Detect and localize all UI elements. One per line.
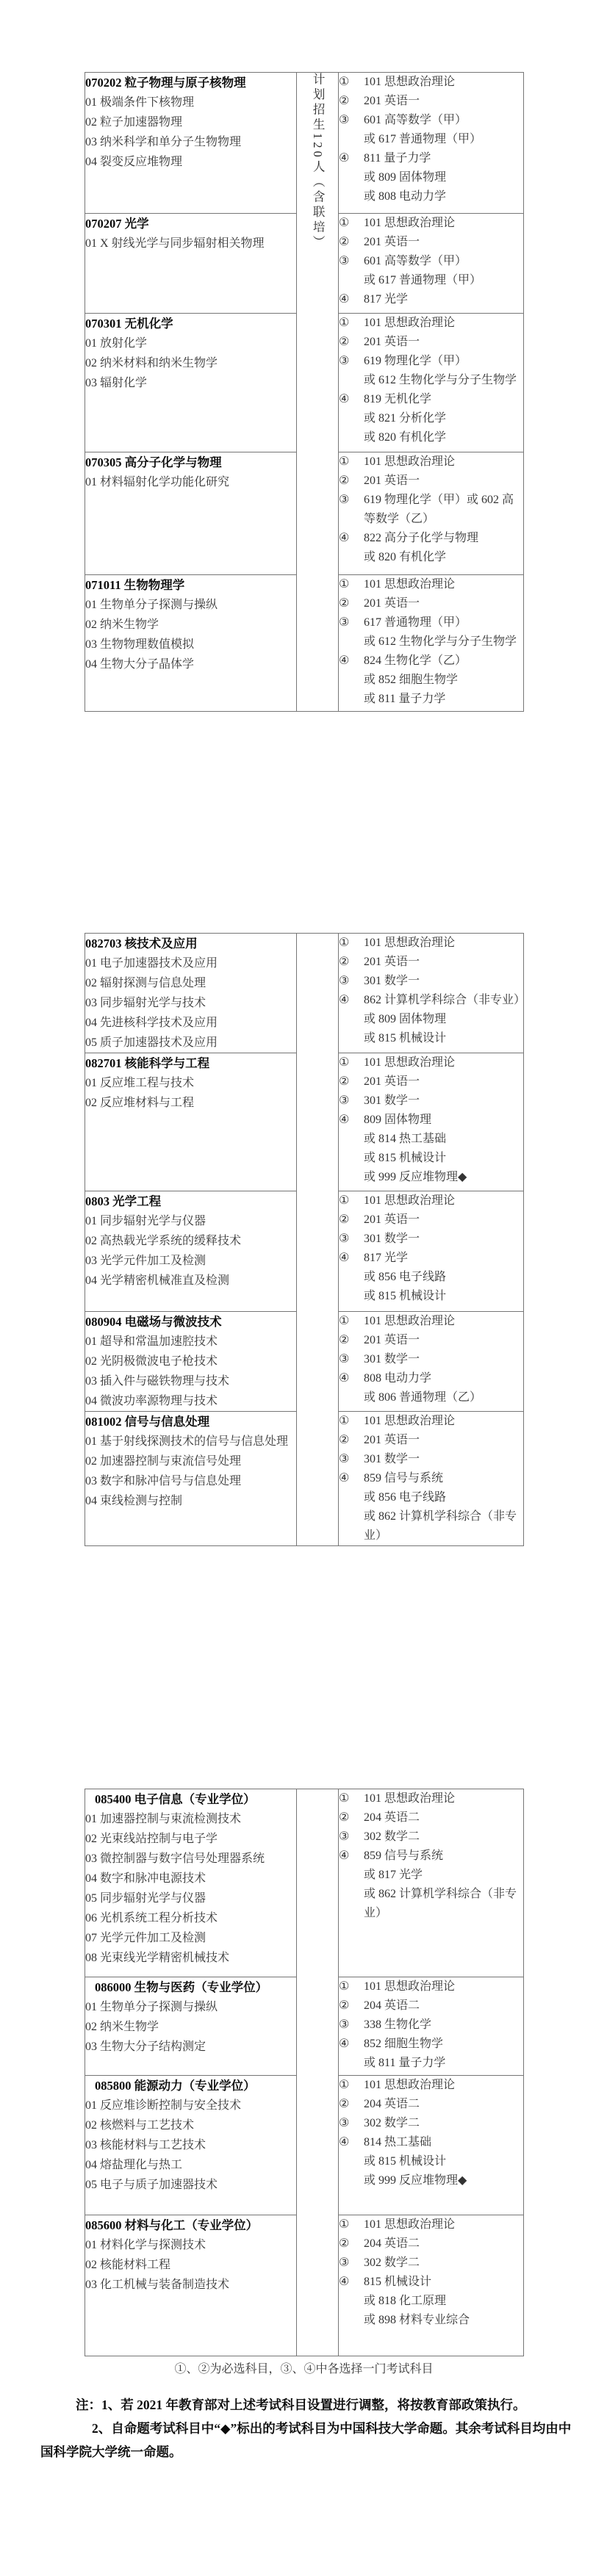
- subjects-cell: ①101 思想政治理论②201 英语一③301 数学一④859 信号与系统或 8…: [339, 1412, 524, 1546]
- subject-marker: ③: [339, 613, 364, 632]
- subject-text: 或 617 普通物理（甲）: [364, 130, 523, 149]
- subject-line: 或 862 计算机学科综合（非专业）: [339, 1507, 523, 1545]
- direction-item: 02 纳米材料和纳米生物学: [85, 353, 296, 373]
- subject-text: 101 思想政治理论: [364, 575, 523, 594]
- plan-cell: [297, 934, 339, 1546]
- subject-line: ①101 思想政治理论: [339, 2215, 523, 2234]
- subject-text: 201 英语一: [364, 333, 523, 352]
- subject-marker: ①: [339, 1191, 364, 1211]
- subject-text: 601 高等数学（甲）: [364, 252, 523, 271]
- program-cell: 086000 生物与医药（专业学位）01 生物单分子探测与操纵02 纳米生物学0…: [85, 1977, 297, 2076]
- subject-text: 819 无机化学: [364, 390, 523, 409]
- subject-marker: ②: [339, 1331, 364, 1350]
- plan-vertical-text: 计划招生120人（含联培）: [311, 73, 324, 250]
- subject-marker: ②: [339, 1211, 364, 1230]
- subject-line: 或 999 反应堆物理◆: [339, 2171, 523, 2190]
- subject-marker: ①: [339, 1789, 364, 1808]
- subject-text: 或 821 分析化学: [364, 409, 523, 428]
- subject-line: 或 817 光学: [339, 1866, 523, 1885]
- subject-line: 或 814 热工基础: [339, 1130, 523, 1149]
- subject-text: 或 617 普通物理（甲）: [364, 271, 523, 290]
- subject-line: ③301 数学一: [339, 1230, 523, 1249]
- subject-text: 或 818 化工原理: [364, 2292, 523, 2311]
- subject-marker: ②: [339, 2095, 364, 2114]
- direction-item: 03 插入件与磁铁物理与技术: [85, 1371, 296, 1391]
- table-block-academic-2: 082703 核技术及应用01 电子加速器技术及应用02 辐射探测与信息处理03…: [85, 933, 523, 1546]
- program-cell: 081002 信号与信息处理01 基于射线探测技术的信号与信息处理02 加速器控…: [85, 1412, 297, 1546]
- subject-line: ④814 热工基础: [339, 2133, 523, 2152]
- subject-text: 338 生物化学: [364, 2016, 523, 2035]
- subject-text: 852 细胞生物学: [364, 2035, 523, 2054]
- subject-text: 101 思想政治理论: [364, 1053, 523, 1072]
- subject-marker: ④: [339, 652, 364, 671]
- program-cell: 0803 光学工程01 同步辐射光学与仪器02 高热载光学系统的缓释技术03 光…: [85, 1191, 297, 1312]
- subject-text: 101 思想政治理论: [364, 214, 523, 233]
- subject-line: ①101 思想政治理论: [339, 1789, 523, 1808]
- subject-line: ②201 英语一: [339, 333, 523, 352]
- subject-line: 或 809 固体物理: [339, 1010, 523, 1029]
- subject-text: 或 999 反应堆物理◆: [364, 1168, 523, 1187]
- direction-item: 01 电子加速器技术及应用: [85, 953, 296, 973]
- subjects-cell: ①101 思想政治理论②201 英语一③301 数学一④862 计算机学科综合（…: [339, 934, 524, 1053]
- subject-line: 或 856 电子线路: [339, 1488, 523, 1507]
- program-header: 085600 材料与化工（专业学位）: [85, 2215, 296, 2235]
- direction-item: 01 极端条件下核物理: [85, 93, 296, 112]
- subject-marker: ④: [339, 149, 364, 168]
- subject-text: 302 数学二: [364, 1828, 523, 1847]
- subjects-cell: ①101 思想政治理论②201 英语一③617 普通物理（甲）或 612 生物化…: [339, 575, 524, 712]
- subject-line: ③338 生物化学: [339, 2016, 523, 2035]
- subject-text: 809 固体物理: [364, 1111, 523, 1130]
- subject-line: ①101 思想政治理论: [339, 1977, 523, 1996]
- subjects-cell: ①101 思想政治理论②201 英语一③601 高等数学（甲）或 617 普通物…: [339, 73, 524, 214]
- subject-line: ①101 思想政治理论: [339, 452, 523, 472]
- subject-line: ③301 数学一: [339, 1450, 523, 1469]
- subject-text: 或 809 固体物理: [364, 168, 523, 187]
- subject-text: 201 英语一: [364, 1331, 523, 1350]
- subject-marker: ②: [339, 1808, 364, 1828]
- subject-marker: ②: [339, 92, 364, 111]
- subject-text: 101 思想政治理论: [364, 2215, 523, 2234]
- subject-marker: ②: [339, 1072, 364, 1092]
- subject-line: ④859 信号与系统: [339, 1469, 523, 1488]
- subjects-cell: ①101 思想政治理论②204 英语二③302 数学二④814 热工基础或 81…: [339, 2076, 524, 2215]
- program-header: 070301 无机化学: [85, 314, 296, 333]
- direction-item: 03 微控制器与数字信号处理器系统: [85, 1849, 296, 1869]
- subject-marker: ④: [339, 2035, 364, 2054]
- subject-line: ③619 物理化学（甲）或 602 高等数学（乙）: [339, 491, 523, 529]
- subject-marker: ③: [339, 1092, 364, 1111]
- direction-item: 02 辐射探测与信息处理: [85, 973, 296, 993]
- subject-line: ②204 英语二: [339, 1808, 523, 1828]
- subject-text: 或 856 电子线路: [364, 1268, 523, 1287]
- direction-item: 07 光学元件加工及检测: [85, 1928, 296, 1948]
- subject-marker: ③: [339, 491, 364, 529]
- direction-item: 01 X 射线光学与同步辐射相关物理: [85, 234, 296, 253]
- subject-marker: ④: [339, 2273, 364, 2292]
- subject-line: 或 821 分析化学: [339, 409, 523, 428]
- subject-marker: ②: [339, 953, 364, 972]
- subject-line: ③601 高等数学（甲）: [339, 111, 523, 130]
- subject-line: 或 809 固体物理: [339, 168, 523, 187]
- program-cell: 070202 粒子物理与原子核物理01 极端条件下核物理02 粒子加速器物理03…: [85, 73, 297, 214]
- direction-item: 05 电子与质子加速器技术: [85, 2175, 296, 2195]
- program-cell: 085800 能源动力（专业学位）01 反应堆诊断控制与安全技术02 核燃料与工…: [85, 2076, 297, 2215]
- subject-marker: ④: [339, 290, 364, 309]
- notes-block: 注：1、若 2021 年教育部对上述考试科目设置进行调整，将按教育部政策执行。 …: [40, 2393, 577, 2464]
- subject-line: ②201 英语一: [339, 1211, 523, 1230]
- subject-text: 或 856 电子线路: [364, 1488, 523, 1507]
- subject-marker: ①: [339, 575, 364, 594]
- direction-item: 02 光阴极微波电子枪技术: [85, 1352, 296, 1371]
- direction-item: 03 生物大分子结构测定: [85, 2037, 296, 2057]
- subject-line: 或 898 材料专业综合: [339, 2311, 523, 2330]
- subject-line: 或 820 有机化学: [339, 548, 523, 567]
- direction-item: 01 超导和常温加速腔技术: [85, 1332, 296, 1352]
- subject-text: 822 高分子化学与物理: [364, 529, 523, 548]
- subjects-cell: ①101 思想政治理论②201 英语一③619 物理化学（甲）或 612 生物化…: [339, 314, 524, 452]
- subject-text: 或 820 有机化学: [364, 428, 523, 447]
- subject-text: 或 817 光学: [364, 1866, 523, 1885]
- direction-item: 02 高热载光学系统的缓释技术: [85, 1231, 296, 1251]
- program-header: 0803 光学工程: [85, 1191, 296, 1211]
- subject-marker: ③: [339, 2254, 364, 2273]
- subject-text: 859 信号与系统: [364, 1469, 523, 1488]
- subject-line: 或 852 细胞生物学: [339, 671, 523, 690]
- subject-marker: ④: [339, 2133, 364, 2152]
- note-line-2: 2、自命题考试科目中“◆”标出的考试科目为中国科技大学命题。其余考试科目均由中国…: [40, 2417, 577, 2464]
- note-line-1: 注：1、若 2021 年教育部对上述考试科目设置进行调整，将按教育部政策执行。: [40, 2393, 577, 2417]
- program-cell: 070207 光学01 X 射线光学与同步辐射相关物理: [85, 214, 297, 314]
- subject-line: ④817 光学: [339, 1249, 523, 1268]
- subject-marker: ③: [339, 111, 364, 130]
- subject-text: 201 英语一: [364, 1431, 523, 1450]
- subject-line: 或 818 化工原理: [339, 2292, 523, 2311]
- subject-line: ②201 英语一: [339, 92, 523, 111]
- direction-item: 01 反应堆诊断控制与安全技术: [85, 2096, 296, 2115]
- subject-text: 或 806 普通物理（乙）: [364, 1388, 523, 1407]
- subject-text: 或 814 热工基础: [364, 1130, 523, 1149]
- table-block-academic-1: 070202 粒子物理与原子核物理01 极端条件下核物理02 粒子加速器物理03…: [85, 72, 523, 712]
- subject-line: ④808 电动力学: [339, 1369, 523, 1388]
- subjects-cell: ①101 思想政治理论②204 英语二③302 数学二④859 信号与系统或 8…: [339, 1789, 524, 1977]
- subject-line: ②204 英语二: [339, 2095, 523, 2114]
- subject-text: 201 英语一: [364, 594, 523, 613]
- subject-text: 或 808 电动力学: [364, 187, 523, 206]
- direction-item: 02 纳米生物学: [85, 2017, 296, 2037]
- direction-item: 01 反应堆工程与技术: [85, 1073, 296, 1093]
- direction-item: 02 粒子加速器物理: [85, 112, 296, 132]
- subject-text: 或 809 固体物理: [364, 1010, 523, 1029]
- subject-marker: ④: [339, 1369, 364, 1388]
- table-block-professional: 085400 电子信息（专业学位）01 加速器控制与束流检测技术02 光束线站控…: [85, 1789, 523, 2356]
- subject-text: 101 思想政治理论: [364, 73, 523, 92]
- subject-line: 或 806 普通物理（乙）: [339, 1388, 523, 1407]
- subjects-cell: ①101 思想政治理论②201 英语一③301 数学一④808 电动力学或 80…: [339, 1312, 524, 1412]
- subject-text: 815 机械设计: [364, 2273, 523, 2292]
- subject-text: 或 999 反应堆物理◆: [364, 2171, 523, 2190]
- subject-text: 301 数学一: [364, 972, 523, 991]
- subject-line: ②201 英语一: [339, 1331, 523, 1350]
- direction-item: 01 材料辐射化学功能化研究: [85, 472, 296, 492]
- subject-line: ④817 光学: [339, 290, 523, 309]
- direction-item: 04 数字和脉冲电源技术: [85, 1869, 296, 1888]
- program-cell: 080904 电磁场与微波技术01 超导和常温加速腔技术02 光阴极微波电子枪技…: [85, 1312, 297, 1412]
- subject-text: 201 英语一: [364, 92, 523, 111]
- subject-line: ①101 思想政治理论: [339, 214, 523, 233]
- subject-text: 或 862 计算机学科综合（非专业）: [364, 1885, 523, 1923]
- subject-line: ②201 英语一: [339, 1072, 523, 1092]
- subject-text: 201 英语一: [364, 1072, 523, 1092]
- subject-text: 或 612 生物化学与分子生物学: [364, 632, 523, 652]
- subject-text: 824 生物化学（乙）: [364, 652, 523, 671]
- direction-item: 04 生物大分子晶体学: [85, 654, 296, 674]
- subject-text: 204 英语二: [364, 1996, 523, 2016]
- subject-text: 601 高等数学（甲）: [364, 111, 523, 130]
- program-header: 081002 信号与信息处理: [85, 1412, 296, 1432]
- direction-item: 03 核能材料与工艺技术: [85, 2135, 296, 2155]
- subject-text: 或 820 有机化学: [364, 548, 523, 567]
- subject-line: ②201 英语一: [339, 1431, 523, 1450]
- subject-line: ④809 固体物理: [339, 1111, 523, 1130]
- program-cell: 070301 无机化学01 放射化学02 纳米材料和纳米生物学03 辐射化学: [85, 314, 297, 452]
- direction-item: 02 反应堆材料与工程: [85, 1093, 296, 1113]
- subjects-cell: ①101 思想政治理论②204 英语二③302 数学二④815 机械设计或 81…: [339, 2215, 524, 2356]
- plan-cell: 计划招生120人（含联培）: [297, 73, 339, 712]
- subject-text: 862 计算机学科综合（非专业）: [364, 991, 523, 1010]
- program-cell: 070305 高分子化学与物理01 材料辐射化学功能化研究: [85, 452, 297, 575]
- subject-text: 808 电动力学: [364, 1369, 523, 1388]
- subject-line: ①101 思想政治理论: [339, 575, 523, 594]
- subject-text: 617 普通物理（甲）: [364, 613, 523, 632]
- direction-item: 02 核燃料与工艺技术: [85, 2115, 296, 2135]
- subject-line: 或 617 普通物理（甲）: [339, 271, 523, 290]
- subject-marker: ①: [339, 1977, 364, 1996]
- subject-text: 或 862 计算机学科综合（非专业）: [364, 1507, 523, 1545]
- direction-item: 06 光机系统工程分析技术: [85, 1908, 296, 1928]
- program-cell: 071011 生物物理学01 生物单分子探测与操纵02 纳米生物学03 生物物理…: [85, 575, 297, 712]
- subject-text: 301 数学一: [364, 1092, 523, 1111]
- program-cell: 082701 核能科学与工程01 反应堆工程与技术02 反应堆材料与工程: [85, 1053, 297, 1191]
- subject-line: ③301 数学一: [339, 972, 523, 991]
- subject-line: ③302 数学二: [339, 2254, 523, 2273]
- subject-text: 或 811 量子力学: [364, 2054, 523, 2073]
- direction-item: 04 光学精密机械准直及检测: [85, 1271, 296, 1291]
- direction-item: 03 同步辐射光学与技术: [85, 993, 296, 1013]
- subject-marker: ①: [339, 73, 364, 92]
- subject-text: 101 思想政治理论: [364, 1312, 523, 1331]
- subject-line: ①101 思想政治理论: [339, 1312, 523, 1331]
- subject-marker: ②: [339, 594, 364, 613]
- subject-line: 或 612 生物化学与分子生物学: [339, 371, 523, 390]
- subject-marker: ②: [339, 1431, 364, 1450]
- subject-line: 或 612 生物化学与分子生物学: [339, 632, 523, 652]
- plan-cell: [297, 1789, 339, 2356]
- direction-item: 05 同步辐射光学与仪器: [85, 1888, 296, 1908]
- direction-item: 01 基于射线探测技术的信号与信息处理: [85, 1432, 296, 1451]
- direction-item: 03 化工机械与装备制造技术: [85, 2275, 296, 2295]
- subject-line: ②201 英语一: [339, 233, 523, 252]
- document-page: { "colors": { "border": "#767676", "body…: [0, 0, 607, 2576]
- subject-marker: ③: [339, 2114, 364, 2133]
- subject-text: 201 英语一: [364, 1211, 523, 1230]
- subject-marker: ④: [339, 1469, 364, 1488]
- subject-marker: ④: [339, 529, 364, 548]
- subjects-cell: ①101 思想政治理论②201 英语一③601 高等数学（甲）或 617 普通物…: [339, 214, 524, 314]
- direction-item: 04 熔盐理化与热工: [85, 2155, 296, 2175]
- program-header: 085400 电子信息（专业学位）: [85, 1789, 296, 1809]
- subject-marker: ②: [339, 233, 364, 252]
- subject-marker: ③: [339, 252, 364, 271]
- subject-marker: ②: [339, 472, 364, 491]
- subject-marker: ②: [339, 1996, 364, 2016]
- program-row: 082703 核技术及应用01 电子加速器技术及应用02 辐射探测与信息处理03…: [85, 934, 524, 1053]
- subjects-cell: ①101 思想政治理论②201 英语一③301 数学一④809 固体物理或 81…: [339, 1053, 524, 1191]
- subject-line: ④811 量子力学: [339, 149, 523, 168]
- subject-text: 101 思想政治理论: [364, 1789, 523, 1808]
- subject-text: 101 思想政治理论: [364, 452, 523, 472]
- subject-marker: ③: [339, 352, 364, 371]
- subject-line: ③301 数学一: [339, 1092, 523, 1111]
- subject-text: 817 光学: [364, 1249, 523, 1268]
- program-header: 086000 生物与医药（专业学位）: [85, 1977, 296, 1997]
- program-row: 085400 电子信息（专业学位）01 加速器控制与束流检测技术02 光束线站控…: [85, 1789, 524, 1977]
- subject-text: 201 英语一: [364, 233, 523, 252]
- subject-text: 302 数学二: [364, 2114, 523, 2133]
- direction-item: 03 生物物理数值模拟: [85, 635, 296, 654]
- subject-text: 101 思想政治理论: [364, 1191, 523, 1211]
- subject-line: ④819 无机化学: [339, 390, 523, 409]
- subject-marker: ①: [339, 452, 364, 472]
- direction-item: 01 加速器控制与束流检测技术: [85, 1809, 296, 1829]
- direction-item: 02 加速器控制与束流信号处理: [85, 1451, 296, 1471]
- subject-line: 或 617 普通物理（甲）: [339, 130, 523, 149]
- subject-line: ④862 计算机学科综合（非专业）: [339, 991, 523, 1010]
- subject-line: 或 815 机械设计: [339, 1149, 523, 1168]
- subject-line: ④815 机械设计: [339, 2273, 523, 2292]
- subject-line: ①101 思想政治理论: [339, 1412, 523, 1431]
- program-header: 082701 核能科学与工程: [85, 1053, 296, 1073]
- subject-line: 或 815 机械设计: [339, 1287, 523, 1306]
- subject-line: ④859 信号与系统: [339, 1847, 523, 1866]
- direction-item: 03 纳米科学和单分子生物物理: [85, 132, 296, 152]
- program-header: 071011 生物物理学: [85, 575, 296, 595]
- subject-text: 201 英语一: [364, 472, 523, 491]
- subject-line: 或 815 机械设计: [339, 1029, 523, 1048]
- subject-marker: ①: [339, 1053, 364, 1072]
- subject-text: 101 思想政治理论: [364, 1412, 523, 1431]
- direction-item: 01 生物单分子探测与操纵: [85, 1997, 296, 2017]
- subject-line: ④822 高分子化学与物理: [339, 529, 523, 548]
- subject-line: 或 811 量子力学: [339, 690, 523, 709]
- direction-item: 01 放射化学: [85, 333, 296, 353]
- subject-line: 或 862 计算机学科综合（非专业）: [339, 1885, 523, 1923]
- direction-item: 04 束线检测与控制: [85, 1491, 296, 1511]
- exam-subjects-table-2: 082703 核技术及应用01 电子加速器技术及应用02 辐射探测与信息处理03…: [85, 933, 524, 1546]
- subject-text: 302 数学二: [364, 2254, 523, 2273]
- program-cell: 082703 核技术及应用01 电子加速器技术及应用02 辐射探测与信息处理03…: [85, 934, 297, 1053]
- subject-line: ①101 思想政治理论: [339, 73, 523, 92]
- subject-line: ②204 英语二: [339, 2234, 523, 2254]
- subject-text: 或 815 机械设计: [364, 2152, 523, 2171]
- subject-text: 或 815 机械设计: [364, 1149, 523, 1168]
- subject-marker: ③: [339, 1230, 364, 1249]
- program-header: 082703 核技术及应用: [85, 934, 296, 953]
- subject-text: 814 热工基础: [364, 2133, 523, 2152]
- subject-marker: ①: [339, 1312, 364, 1331]
- subject-marker: ③: [339, 1450, 364, 1469]
- program-cell: 085400 电子信息（专业学位）01 加速器控制与束流检测技术02 光束线站控…: [85, 1789, 297, 1977]
- subject-line: ③302 数学二: [339, 1828, 523, 1847]
- subject-marker: ①: [339, 2215, 364, 2234]
- subject-text: 或 815 机械设计: [364, 1287, 523, 1306]
- subject-text: 201 英语一: [364, 953, 523, 972]
- subject-marker: ④: [339, 390, 364, 409]
- subject-text: 301 数学一: [364, 1450, 523, 1469]
- subject-marker: ③: [339, 1828, 364, 1847]
- direction-item: 05 质子加速器技术及应用: [85, 1033, 296, 1053]
- subject-text: 204 英语二: [364, 2095, 523, 2114]
- subjects-cell: ①101 思想政治理论②201 英语一③619 物理化学（甲）或 602 高等数…: [339, 452, 524, 575]
- subject-text: 或 612 生物化学与分子生物学: [364, 371, 523, 390]
- program-header: 080904 电磁场与微波技术: [85, 1312, 296, 1332]
- direction-item: 03 辐射化学: [85, 373, 296, 393]
- subject-marker: ②: [339, 333, 364, 352]
- subject-marker: ①: [339, 214, 364, 233]
- subject-text: 101 思想政治理论: [364, 2076, 523, 2095]
- direction-item: 01 生物单分子探测与操纵: [85, 595, 296, 615]
- direction-item: 03 光学元件加工及检测: [85, 1251, 296, 1271]
- program-header: 085800 能源动力（专业学位）: [85, 2076, 296, 2096]
- subject-text: 101 思想政治理论: [364, 314, 523, 333]
- subject-line: ①101 思想政治理论: [339, 1191, 523, 1211]
- subject-marker: ①: [339, 2076, 364, 2095]
- subject-line: ③617 普通物理（甲）: [339, 613, 523, 632]
- direction-item: 04 微波功率源物理与技术: [85, 1391, 296, 1411]
- direction-item: 02 光束线站控制与电子学: [85, 1829, 296, 1849]
- direction-item: 08 光束线光学精密机械技术: [85, 1948, 296, 1968]
- subject-marker: ①: [339, 934, 364, 953]
- subject-text: 301 数学一: [364, 1230, 523, 1249]
- subject-marker: ④: [339, 1249, 364, 1268]
- program-header: 070305 高分子化学与物理: [85, 452, 296, 472]
- subject-text: 或 852 细胞生物学: [364, 671, 523, 690]
- subject-marker: ①: [339, 314, 364, 333]
- subject-text: 101 思想政治理论: [364, 934, 523, 953]
- subject-line: ②201 英语一: [339, 594, 523, 613]
- subject-line: ③302 数学二: [339, 2114, 523, 2133]
- subject-marker: ④: [339, 1111, 364, 1130]
- subject-line: 或 808 电动力学: [339, 187, 523, 206]
- subject-line: ①101 思想政治理论: [339, 314, 523, 333]
- direction-item: 01 材料化学与探测技术: [85, 2235, 296, 2255]
- subject-line: ②201 英语一: [339, 472, 523, 491]
- subject-marker: ①: [339, 1412, 364, 1431]
- subject-line: ②201 英语一: [339, 953, 523, 972]
- subject-selection-footnote: ①、②为必选科目，③、④中各选择一门考试科目: [85, 2359, 523, 2376]
- subject-marker: ③: [339, 1350, 364, 1369]
- subject-line: ②204 英语二: [339, 1996, 523, 2016]
- subject-text: 301 数学一: [364, 1350, 523, 1369]
- direction-item: 02 核能材料工程: [85, 2255, 296, 2275]
- exam-subjects-table-3: 085400 电子信息（专业学位）01 加速器控制与束流检测技术02 光束线站控…: [85, 1789, 524, 2356]
- subject-marker: ④: [339, 991, 364, 1010]
- subject-text: 619 物理化学（甲）或 602 高等数学（乙）: [364, 491, 523, 529]
- subject-line: ③619 物理化学（甲）: [339, 352, 523, 371]
- direction-item: 02 纳米生物学: [85, 615, 296, 635]
- direction-item: 04 裂变反应堆物理: [85, 152, 296, 172]
- subject-marker: ②: [339, 2234, 364, 2254]
